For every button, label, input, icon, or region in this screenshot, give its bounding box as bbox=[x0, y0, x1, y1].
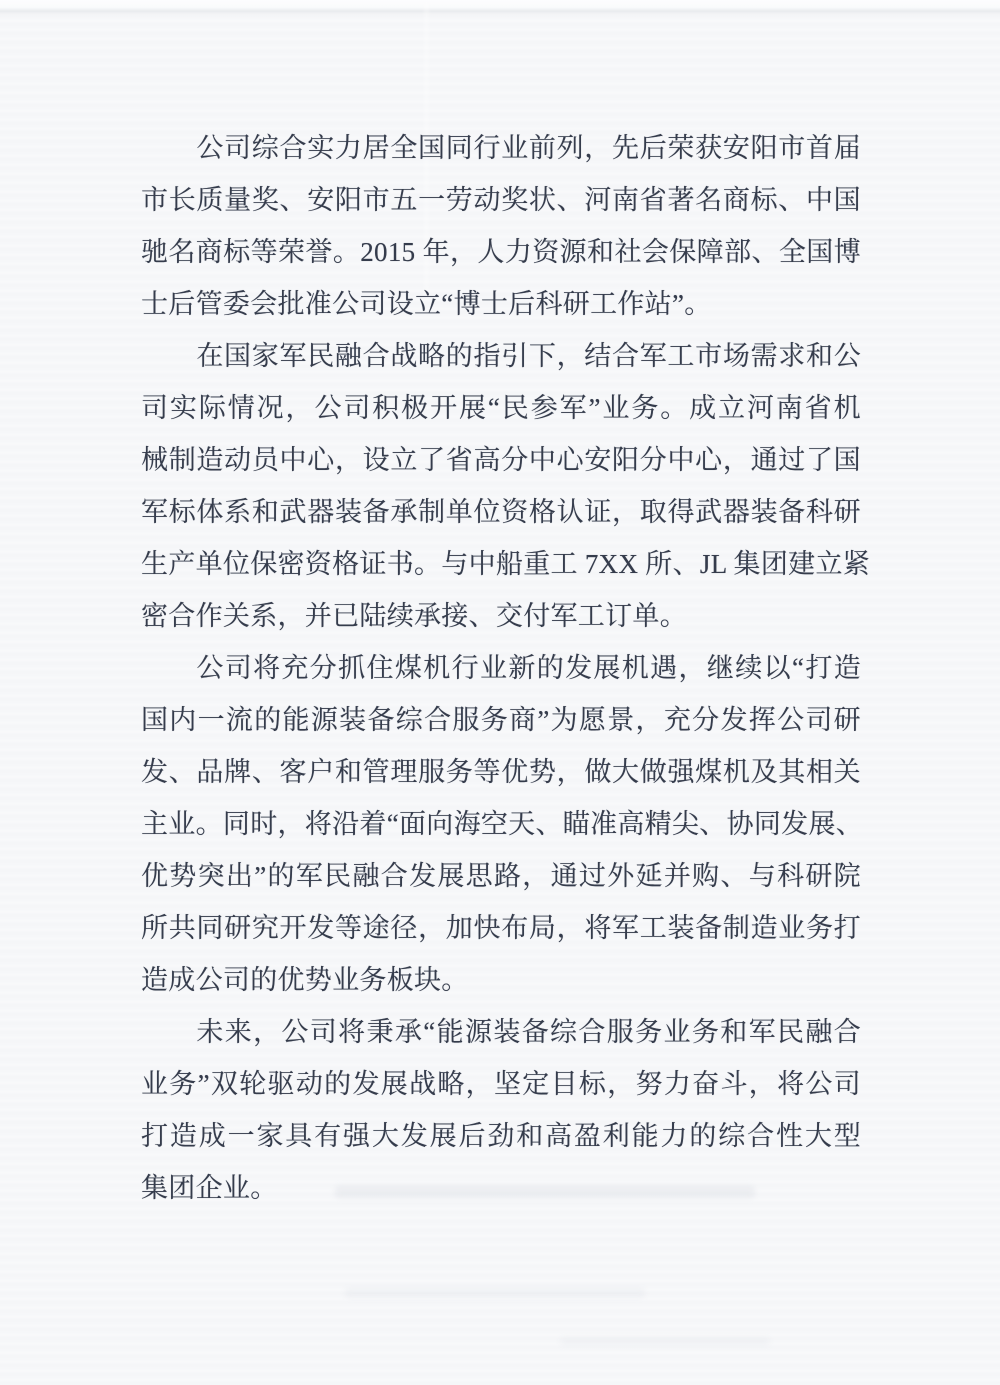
text-line: 所共同研究开发等途径，加快布局，将军工装备制造业务打 bbox=[141, 902, 861, 954]
text-line: 业务”双轮驱动的发展战略，坚定目标，努力奋斗，将公司 bbox=[141, 1058, 861, 1110]
text-line: 国内一流的能源装备综合服务商”为愿景，充分发挥公司研 bbox=[141, 694, 861, 746]
text-line: 主业。同时，将沿着“面向海空天、瞄准高精尖、协同发展、 bbox=[141, 798, 861, 850]
text-line: 集团企业。 bbox=[141, 1162, 861, 1214]
paragraph: 公司综合实力居全国同行业前列，先后荣获安阳市首届市长质量奖、安阳市五一劳动奖状、… bbox=[141, 122, 861, 330]
text-line: 司实际情况，公司积极开展“民参军”业务。成立河南省机 bbox=[141, 382, 861, 434]
text-line: 未来，公司将秉承“能源装备综合服务业务和军民融合 bbox=[141, 1006, 861, 1058]
text-line: 公司将充分抓住煤机行业新的发展机遇，继续以“打造 bbox=[141, 642, 861, 694]
text-line: 打造成一家具有强大发展后劲和高盈利能力的综合性大型 bbox=[141, 1110, 861, 1162]
bleed-through-artifact bbox=[345, 1288, 645, 1298]
text-line: 密合作关系，并已陆续承接、交付军工订单。 bbox=[141, 590, 861, 642]
paragraph: 公司将充分抓住煤机行业新的发展机遇，继续以“打造国内一流的能源装备综合服务商”为… bbox=[141, 642, 861, 1006]
text-line: 公司综合实力居全国同行业前列，先后荣获安阳市首届 bbox=[141, 122, 861, 174]
text-line: 士后管委会批准公司设立“博士后科研工作站”。 bbox=[141, 278, 861, 330]
text-line: 发、品牌、客户和管理服务等优势，做大做强煤机及其相关 bbox=[141, 746, 861, 798]
text-line: 械制造动员中心，设立了省高分中心安阳分中心，通过了国 bbox=[141, 434, 861, 486]
text-line: 市长质量奖、安阳市五一劳动奖状、河南省著名商标、中国 bbox=[141, 174, 861, 226]
document-page: 公司综合实力居全国同行业前列，先后荣获安阳市首届市长质量奖、安阳市五一劳动奖状、… bbox=[0, 0, 1000, 1385]
paragraph: 在国家军民融合战略的指引下，结合军工市场需求和公司实际情况，公司积极开展“民参军… bbox=[141, 330, 861, 642]
text-line: 生产单位保密资格证书。与中船重工 7XX 所、JL 集团建立紧 bbox=[141, 538, 861, 590]
text-line: 在国家军民融合战略的指引下，结合军工市场需求和公 bbox=[141, 330, 861, 382]
bleed-through-artifact bbox=[560, 1337, 770, 1346]
text-line: 驰名商标等荣誉。2015 年，人力资源和社会保障部、全国博 bbox=[141, 226, 861, 278]
text-line: 优势突出”的军民融合发展思路，通过外延并购、与科研院 bbox=[141, 850, 861, 902]
text-line: 造成公司的优势业务板块。 bbox=[141, 954, 861, 1006]
paragraph: 未来，公司将秉承“能源装备综合服务业务和军民融合业务”双轮驱动的发展战略，坚定目… bbox=[141, 1006, 861, 1214]
scan-edge-artifact bbox=[0, 0, 1000, 18]
document-text: 公司综合实力居全国同行业前列，先后荣获安阳市首届市长质量奖、安阳市五一劳动奖状、… bbox=[141, 122, 861, 1214]
text-line: 军标体系和武器装备承制单位资格认证，取得武器装备科研 bbox=[141, 486, 861, 538]
